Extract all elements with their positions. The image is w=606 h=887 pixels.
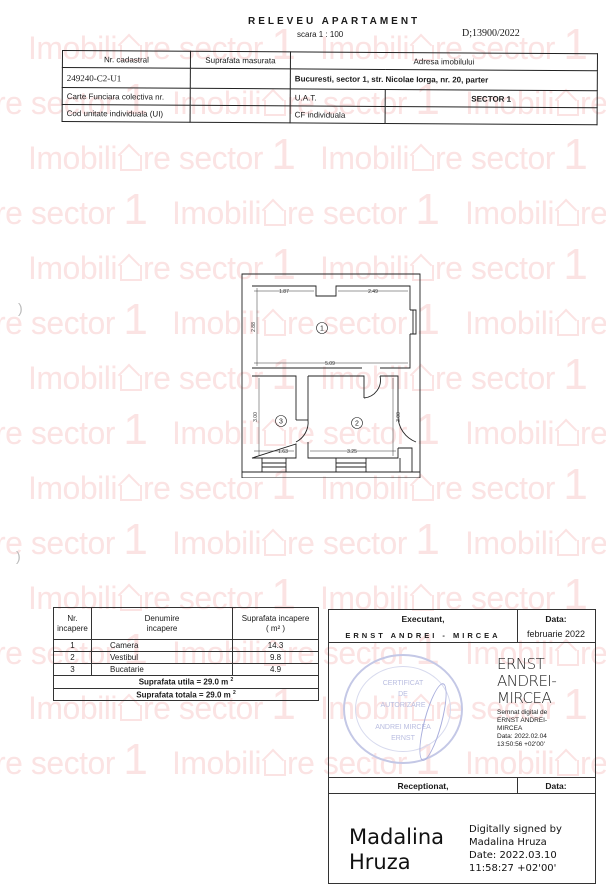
executant-digital-signature-name: ERNST ANDREI- MIRCEA (497, 656, 556, 707)
floor-plan: 1.87 2.49 5.09 1.63 3.25 2.88 3.00 3.00 … (240, 272, 426, 478)
table-row: 1 Camera 14.3 (54, 640, 319, 652)
cf-individuala-value (385, 106, 597, 124)
room-2-label: 2 (355, 421, 359, 428)
room-nr: 2 (54, 652, 92, 664)
dim-room2-height: 3.00 (396, 412, 402, 422)
room-nr: 3 (54, 664, 92, 676)
releveu-document: RELEVEU APARTAMENT scara 1 : 100 D;13900… (0, 0, 606, 887)
scale-label: scara 1 : 100 (297, 30, 343, 39)
floor-plan-drawing: 1.87 2.49 5.09 1.63 3.25 2.88 3.00 3.00 … (240, 272, 426, 478)
cod-ui-value (190, 105, 290, 123)
room-nr: 1 (54, 640, 92, 652)
executant-name: ERNST ANDREI - MIRCEA (329, 631, 517, 640)
dim-room3-height: 3.00 (253, 412, 259, 422)
uat-value: SECTOR 1 (385, 89, 597, 107)
executant-label: Executant, (329, 614, 517, 624)
dim-room3-width: 1.63 (278, 449, 288, 455)
receptionat-signature-name: Madalina Hruza (349, 825, 444, 875)
executant-digital-signature-details: Semnat digital de ERNST ANDREI- MIRCEA D… (497, 709, 547, 749)
dim-top-left: 1.87 (279, 289, 289, 295)
room-name: Bucatarie (92, 664, 233, 676)
cadastral-value: 249240-C2-U1 (62, 68, 190, 89)
receptionat-signature-details: Digitally signed by Madalina Hruza Date:… (469, 823, 562, 875)
signature-box: Executant, Data: ERNST ANDREI - MIRCEA f… (328, 609, 596, 884)
cod-ui-label: Cod unitate individuala (UI) (62, 105, 190, 123)
adresa-value: Bucuresti, sector 1, str. Nicolae Iorga,… (290, 69, 597, 91)
suprafata-totala: Suprafata totala = 29.0 m 2 (54, 688, 319, 701)
table-row: 3 Bucatarie 4.9 (54, 664, 319, 676)
cf-individuala-label: CF individuala (290, 106, 385, 124)
header-suprafata: Suprafata masurata (190, 51, 290, 69)
uat-label: U.A.T. (290, 89, 385, 107)
dim-room1-width: 5.09 (325, 361, 335, 367)
receptionat-header: Receptionat, Data: (329, 777, 595, 794)
receptionat-label: Receptionat, (329, 781, 517, 791)
dim-room1-height: 2.88 (251, 322, 257, 332)
header-denumire: Denumireincapere (92, 608, 233, 640)
document-number: D;13900/2022 (462, 28, 520, 39)
property-header-table: Nr. cadastral Suprafata masurata Adresa … (62, 50, 598, 125)
suprafata-utila: Suprafata utila = 29.0 m 2 (54, 676, 319, 689)
room-3-label: 3 (279, 419, 283, 426)
header-nr: Nr.incapere (54, 608, 92, 640)
dim-top-right: 2.49 (368, 289, 378, 295)
scan-mark: ) (18, 300, 23, 316)
room-name: Camera (92, 640, 233, 652)
header-cadastral: Nr. cadastral (62, 51, 190, 69)
header-adresa: Adresa imobilului (290, 52, 597, 71)
executant-date-label: Data: (517, 614, 595, 624)
document-title: RELEVEU APARTAMENT (248, 16, 420, 27)
carte-funciara-value (190, 88, 290, 106)
room-area: 14.3 (233, 640, 319, 652)
carte-funciara-label: Carte Funciara colectiva nr. (62, 88, 190, 106)
table-row: 2 Vestibul 9.8 (54, 652, 319, 664)
receptionat-date-label: Data: (517, 781, 595, 791)
room-1-label: 1 (320, 326, 324, 333)
room-area: 9.8 (233, 652, 319, 664)
room-area: 4.9 (233, 664, 319, 676)
header-suprafata: Suprafata incapere( m² ) (233, 608, 319, 640)
executant-header: Executant, Data: ERNST ANDREI - MIRCEA f… (329, 610, 595, 643)
executant-date: februarie 2022 (517, 629, 595, 639)
scan-mark: ) (16, 548, 21, 564)
dim-room2-width: 3.25 (347, 449, 357, 455)
room-name: Vestibul (92, 652, 233, 664)
rooms-table: Nr.incapere Denumireincapere Suprafata i… (53, 607, 319, 701)
suprafata-value (190, 68, 290, 89)
